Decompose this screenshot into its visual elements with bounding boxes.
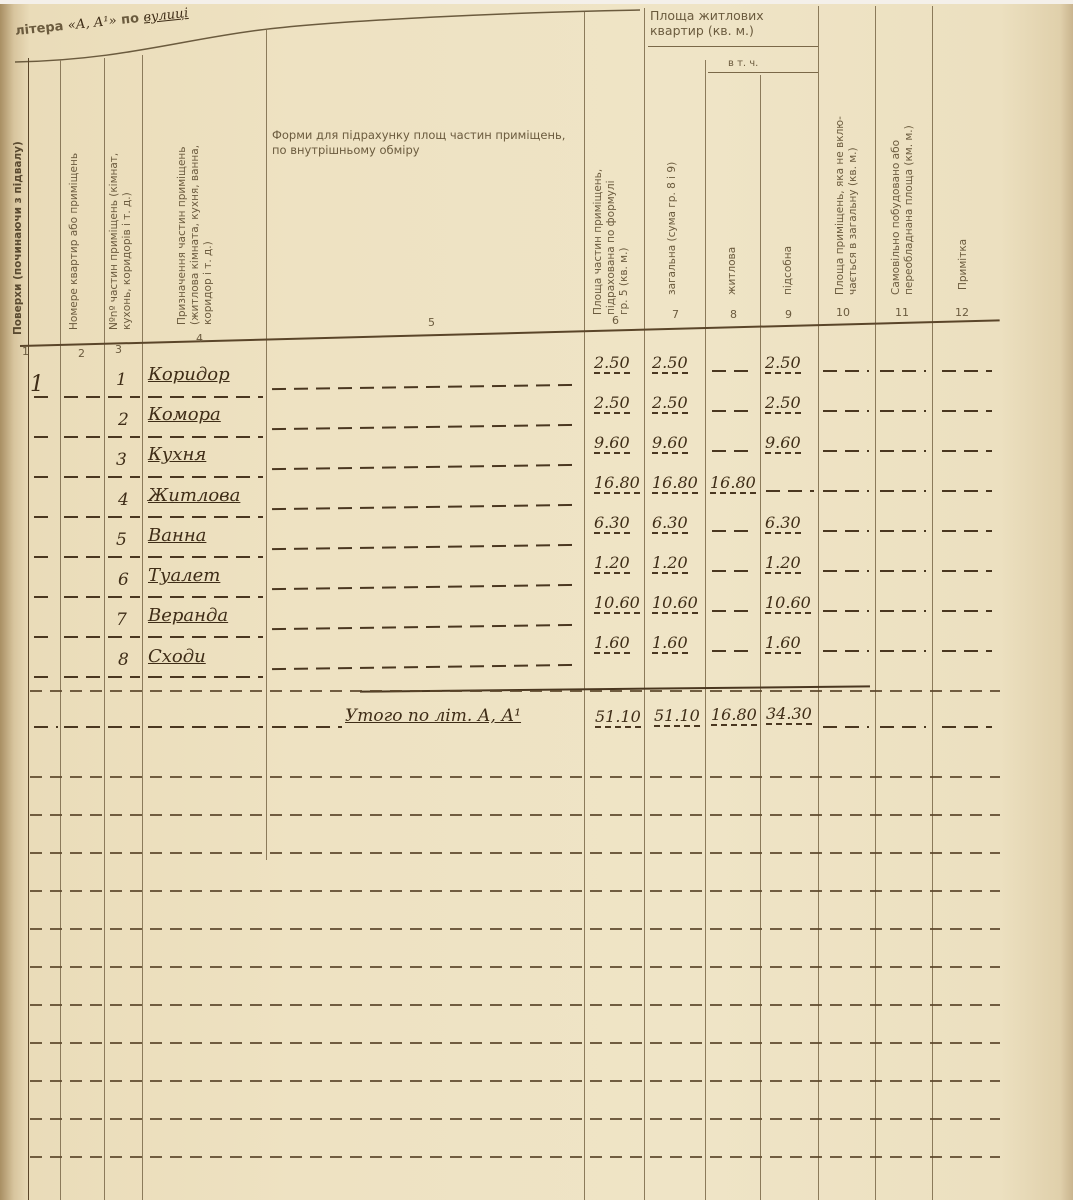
colnum-3: 3	[115, 343, 122, 356]
ruled-row-line	[30, 776, 1000, 778]
col1-dash	[34, 556, 56, 558]
total-row-dash	[823, 726, 869, 728]
header-col-9: підсобна	[782, 190, 795, 295]
colnum-8: 8	[730, 308, 737, 321]
aux-value: 10.60	[765, 594, 811, 614]
col4-dash	[148, 636, 263, 638]
col12-dash	[942, 570, 992, 572]
area-value: 1.20	[594, 554, 630, 574]
col2-dash	[64, 516, 100, 518]
col12-dash	[942, 450, 992, 452]
header-group-8-9: в т. ч.	[728, 58, 758, 69]
total-value: 10.60	[652, 594, 698, 614]
living-dash	[712, 450, 754, 452]
total-aux: 34.30	[766, 705, 812, 725]
col3-dash	[108, 556, 140, 558]
col3-dash	[108, 676, 140, 678]
colnum-1: 1	[22, 345, 29, 358]
col5-dash	[272, 464, 577, 470]
room-purpose: Житлова	[148, 485, 240, 506]
col4-dash	[148, 516, 263, 518]
col5-dash	[272, 544, 577, 550]
ruled-row-line	[30, 1042, 1000, 1044]
total-row-dash	[272, 726, 342, 728]
living-dash	[712, 650, 754, 652]
col1-dash	[34, 436, 56, 438]
col2-dash	[64, 476, 100, 478]
header-col-3: Nºnº частин приміщень (кімнат, кухонь, к…	[108, 80, 134, 330]
colnum-10: 10	[836, 306, 850, 319]
col10-dash	[823, 650, 869, 652]
colnum-6: 6	[612, 314, 619, 327]
total-value: 16.80	[652, 474, 698, 494]
col11-dash	[880, 450, 926, 452]
room-number: 6	[118, 570, 129, 590]
header-col-11: Самовільно побудовано або переобладнана …	[890, 20, 916, 295]
ruled-row-line	[30, 1080, 1000, 1082]
ruled-row-line	[30, 1156, 1000, 1158]
col12-dash	[942, 530, 992, 532]
colnum-4: 4	[196, 332, 203, 345]
colnum-5: 5	[428, 316, 435, 329]
ruled-row-line	[30, 1118, 1000, 1120]
floor-number: 1	[30, 372, 44, 397]
living-value: 16.80	[710, 474, 756, 494]
col11-dash	[880, 490, 926, 492]
col3-dash	[108, 436, 140, 438]
room-purpose: Коридор	[148, 364, 230, 385]
room-purpose: Сходи	[148, 646, 206, 667]
aux-value: 1.20	[765, 554, 801, 574]
col10-dash	[823, 570, 869, 572]
col12-dash	[942, 410, 992, 412]
ruled-row-line	[30, 928, 1000, 930]
area-value: 2.50	[594, 354, 630, 374]
aux-value: 6.30	[765, 514, 801, 534]
living-dash	[712, 370, 754, 372]
total-living: 16.80	[711, 706, 757, 726]
total-row-dash	[34, 726, 58, 728]
col10-dash	[823, 410, 869, 412]
total-row-dash	[148, 726, 263, 728]
colnum-9: 9	[785, 308, 792, 321]
living-dash	[712, 570, 754, 572]
col11-dash	[880, 570, 926, 572]
aux-value: 2.50	[765, 354, 801, 374]
room-number: 1	[116, 370, 127, 390]
col4-dash	[148, 556, 263, 558]
col3-dash	[108, 476, 140, 478]
header-col-1: Поверхи (починаючи з підвалу)	[12, 90, 25, 335]
header-col-8: житлова	[726, 200, 739, 295]
col12-dash	[942, 610, 992, 612]
header-col-12: Примітка	[957, 200, 970, 290]
col1-dash	[34, 636, 56, 638]
col1-dash	[34, 396, 56, 398]
col12-dash	[942, 650, 992, 652]
col10-dash	[823, 490, 869, 492]
col11-dash	[880, 370, 926, 372]
total-row-dash	[64, 726, 100, 728]
col11-dash	[880, 610, 926, 612]
col4-dash	[148, 676, 263, 678]
ruled-row-line	[30, 1004, 1000, 1006]
room-purpose: Веранда	[148, 605, 228, 626]
col5-dash	[272, 384, 577, 390]
total-label: Утого по літ. А, А¹	[345, 706, 521, 726]
col11-dash	[880, 530, 926, 532]
header-col-5: Форми для підрахунку площ частин приміще…	[272, 128, 572, 158]
ruled-row-line	[30, 690, 1000, 692]
area-value: 1.60	[594, 634, 630, 654]
col2-dash	[64, 636, 100, 638]
area-value: 6.30	[594, 514, 630, 534]
aux-dash	[766, 490, 814, 492]
col1-dash	[34, 596, 56, 598]
col1-dash	[34, 676, 56, 678]
col2-dash	[64, 436, 100, 438]
header-col-4: Призначення частин приміщень (житлова кі…	[176, 70, 215, 325]
ruled-row-line	[30, 890, 1000, 892]
area-value: 9.60	[594, 434, 630, 454]
col3-dash	[108, 396, 140, 398]
col4-dash	[148, 596, 263, 598]
col11-dash	[880, 650, 926, 652]
total-value: 1.20	[652, 554, 688, 574]
total-row-dash	[942, 726, 992, 728]
room-number: 2	[118, 410, 129, 430]
header-col-2: Номере квартир або приміщень	[68, 80, 81, 330]
col3-dash	[108, 636, 140, 638]
total-total: 51.10	[654, 707, 700, 727]
form-page: літера «А, А¹» по вулиці Поверхи (почина…	[0, 0, 1073, 1200]
col1-dash	[34, 516, 56, 518]
col2-dash	[64, 556, 100, 558]
col3-dash	[108, 596, 140, 598]
col5-dash	[272, 624, 577, 630]
col2-dash	[64, 596, 100, 598]
room-number: 8	[118, 650, 129, 670]
living-dash	[712, 410, 754, 412]
colnum-7: 7	[672, 308, 679, 321]
area-value: 16.80	[594, 474, 640, 494]
living-dash	[712, 610, 754, 612]
total-value: 2.50	[652, 354, 688, 374]
ruled-row-line	[30, 966, 1000, 968]
col10-dash	[823, 610, 869, 612]
col1-dash	[34, 476, 56, 478]
col5-dash	[272, 584, 577, 590]
col2-dash	[64, 676, 100, 678]
header-group-7-9: Площа житлових квартир (кв. м.)	[650, 8, 810, 38]
total-value: 6.30	[652, 514, 688, 534]
room-number: 5	[116, 530, 127, 550]
total-row-dash	[108, 726, 140, 728]
room-purpose: Кухня	[148, 444, 206, 465]
col11-dash	[880, 410, 926, 412]
col4-dash	[148, 396, 263, 398]
room-purpose: Ванна	[148, 525, 206, 546]
col5-dash	[272, 664, 577, 670]
ruled-row-line	[30, 814, 1000, 816]
col4-dash	[148, 436, 263, 438]
total-area: 51.10	[595, 708, 641, 728]
col10-dash	[823, 450, 869, 452]
living-dash	[712, 530, 754, 532]
col10-dash	[823, 530, 869, 532]
col5-dash	[272, 504, 577, 510]
colnum-12: 12	[955, 306, 969, 319]
aux-value: 1.60	[765, 634, 801, 654]
header-col-6: Площа частин приміщень, підрахована по ф…	[592, 50, 631, 315]
colnum-11: 11	[895, 306, 909, 319]
col3-dash	[108, 516, 140, 518]
total-row-dash	[880, 726, 926, 728]
col4-dash	[148, 476, 263, 478]
aux-value: 9.60	[765, 434, 801, 454]
colnum-2: 2	[78, 347, 85, 360]
col5-dash	[272, 424, 577, 430]
col10-dash	[823, 370, 869, 372]
room-number: 4	[118, 490, 129, 510]
room-number: 3	[116, 450, 127, 470]
total-value: 9.60	[652, 434, 688, 454]
room-purpose: Туалет	[148, 565, 220, 586]
header-col-10: Площа приміщень, яка не вклю- чається в …	[834, 5, 860, 295]
aux-value: 2.50	[765, 394, 801, 414]
col12-dash	[942, 370, 992, 372]
col2-dash	[64, 396, 100, 398]
total-value: 2.50	[652, 394, 688, 414]
area-value: 2.50	[594, 394, 630, 414]
room-number: 7	[116, 610, 127, 630]
col12-dash	[942, 490, 992, 492]
area-value: 10.60	[594, 594, 640, 614]
total-value: 1.60	[652, 634, 688, 654]
room-purpose: Комора	[148, 404, 221, 425]
ruled-row-line	[30, 852, 1000, 854]
header-col-7: загальна (сума гр. 8 і 9)	[666, 80, 679, 295]
